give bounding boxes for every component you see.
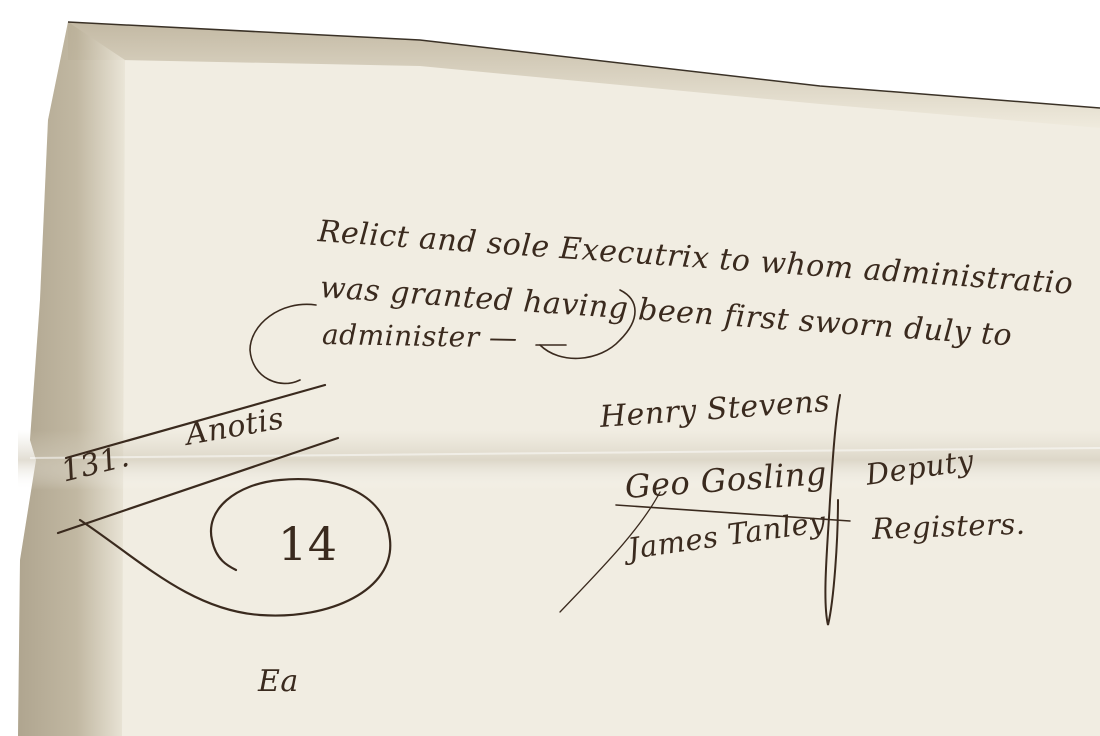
body-text-line-3: administer —	[322, 318, 518, 354]
signature-title-line-2: Registers.	[871, 507, 1026, 546]
initials-note: Ea	[258, 664, 299, 699]
circled-number: 14	[278, 517, 338, 571]
paper-sheet	[0, 0, 1100, 736]
document-page: Relict and sole Executrix to whom admini…	[0, 0, 1100, 736]
